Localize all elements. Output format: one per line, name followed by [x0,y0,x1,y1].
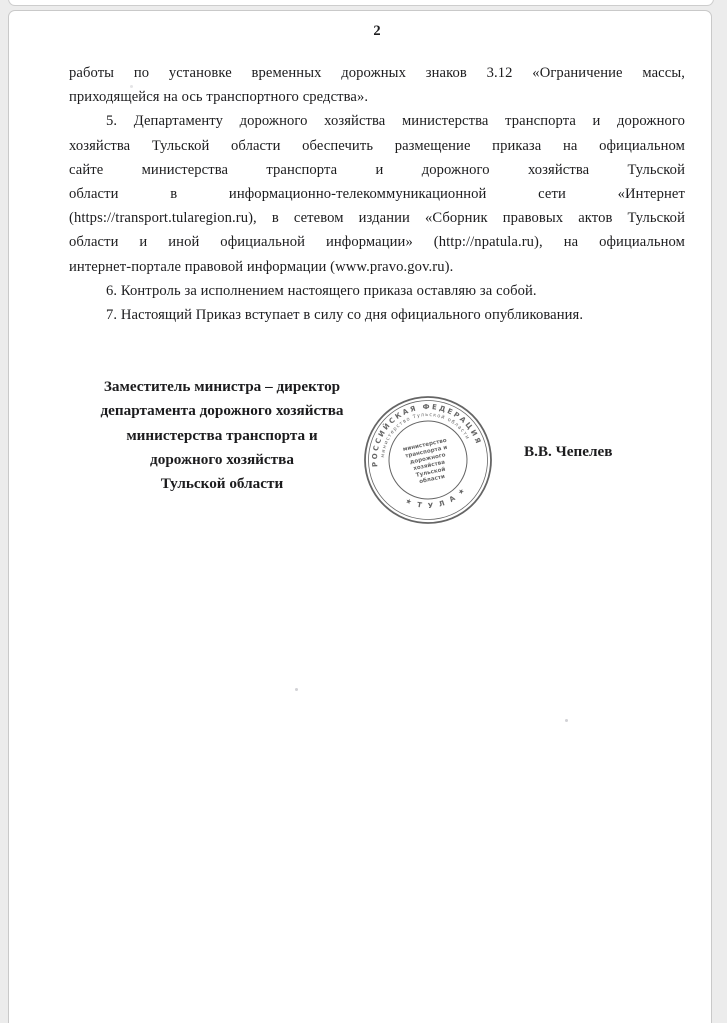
stamp-outer-ring-bottom-text: ★ Т У Л А ★ [403,484,471,516]
paragraph-line: (https://transport.tularegion.ru), в сет… [69,206,685,230]
page-content: 2 работы по установке временных дорожных… [69,11,685,605]
signatory-title-line: Заместитель министра – директор [69,375,375,399]
signatory-title-line: департамента дорожного хозяйства [69,399,375,423]
paragraph-line: 7. Настоящий Приказ вступает в силу со д… [69,303,685,327]
previous-page-edge [8,0,714,6]
document-page: 2 работы по установке временных дорожных… [8,10,712,1023]
paragraph-line: области в информационно-телекоммуникацио… [69,182,685,206]
paragraph-line: сайте министерства транспорта и дорожног… [69,158,685,182]
scan-speck [565,719,568,722]
svg-text:★ Т У Л А ★: ★ Т У Л А ★ [403,484,471,516]
page-number: 2 [69,23,685,47]
signatory-title: Заместитель министра – директор департам… [69,375,375,496]
body-text: работы по установке временных дорожных з… [69,61,685,327]
signatory-title-line: дорожного хозяйства [69,448,375,472]
paragraph-line: 6. Контроль за исполнением настоящего пр… [69,279,685,303]
paragraph-line: интернет-портале правовой информации (ww… [69,255,685,279]
scan-speck [130,85,133,88]
signature-block: Заместитель министра – директор департам… [69,375,685,605]
paragraph-line: работы по установке временных дорожных з… [69,61,685,85]
paragraph-line: 5. Департаменту дорожного хозяйства мини… [69,109,685,133]
paragraph-line: хозяйства Тульской области обеспечить ра… [69,134,685,158]
scan-speck [295,688,298,691]
signatory-name: В.В. Чепелев [524,443,613,461]
signatory-title-line: министерства транспорта и [69,424,375,448]
paragraph-line: области и иной официальной информации» (… [69,230,685,254]
signatory-title-line: Тульской области [69,472,375,496]
official-stamp-seal-icon: РОССИЙСКАЯ ФЕДЕРАЦИЯ ★ Т У Л А ★ министе… [361,393,495,527]
document-viewer: 2 работы по установке временных дорожных… [0,0,727,1023]
paragraph-line: приходящейся на ось транспортного средст… [69,85,685,109]
